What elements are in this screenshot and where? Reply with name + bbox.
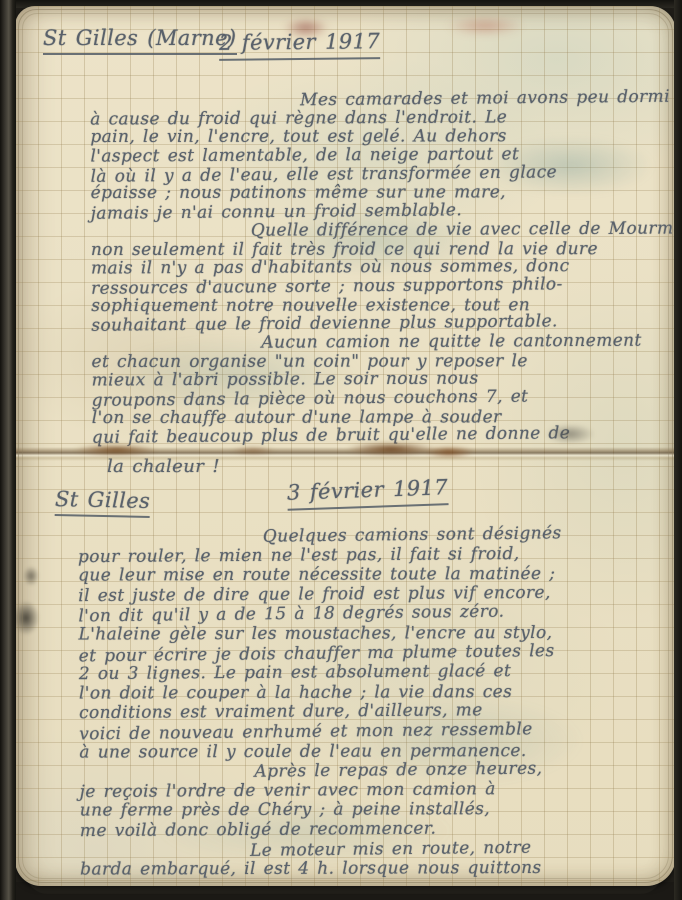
handwritten-line: l'on doit le couper à la hache ; la vie … bbox=[79, 682, 676, 704]
rust-stain bbox=[345, 442, 437, 456]
photo-frame-right bbox=[674, 0, 682, 900]
handwritten-line: barda embarqué, il est 4 h. lorsque nous… bbox=[80, 859, 676, 881]
handwritten-line: une ferme près de Chéry ; à peine instal… bbox=[80, 800, 676, 822]
handwritten-line: pain, le vin, l'encre, tout est gelé. Au… bbox=[90, 127, 675, 147]
entry-location: St Gilles bbox=[55, 487, 151, 513]
handwritten-line: que leur mise en route nécessite toute l… bbox=[78, 565, 676, 587]
entry-date: 3 février 1917 bbox=[287, 475, 449, 505]
rust-stain bbox=[230, 446, 276, 455]
red-ink-bleedthrough bbox=[445, 16, 525, 36]
entry-body: Mes camarades et moi avons peu dormi à c… bbox=[90, 88, 676, 446]
notebook-page: St Gilles (Marne) 2 février 1917 Mes cam… bbox=[15, 6, 676, 886]
location-label: St Gilles bbox=[55, 487, 151, 518]
handwritten-line: non seulement il fait très froid ce qui … bbox=[91, 239, 676, 259]
notebook-binding-edge bbox=[0, 0, 16, 900]
handwritten-line: Aucun camion ne quitte le cantonnement bbox=[261, 331, 676, 352]
handwritten-line: Quelle différence de vie avec celle de M… bbox=[251, 219, 676, 240]
ink-blot bbox=[23, 566, 39, 586]
entry-date: 2 février 1917 bbox=[219, 29, 380, 55]
ink-smudge bbox=[545, 424, 595, 444]
entry-location: St Gilles (Marne) bbox=[43, 26, 237, 50]
rust-stain bbox=[423, 446, 475, 458]
diary-photo-page: { "journal": { "entries": [ { "location"… bbox=[0, 0, 682, 900]
date-label: 3 février 1917 bbox=[287, 475, 449, 511]
rust-stain bbox=[73, 444, 159, 456]
handwritten-line: et chacun organise "un coin" pour y repo… bbox=[91, 352, 676, 372]
date-label: 2 février 1917 bbox=[219, 29, 380, 61]
handwritten-line: Mes camarades et moi avons peu dormi bbox=[300, 88, 675, 110]
entry-body: Quelques camions sont désignés pour roul… bbox=[78, 524, 676, 881]
location-label: St Gilles (Marne) bbox=[43, 26, 237, 55]
